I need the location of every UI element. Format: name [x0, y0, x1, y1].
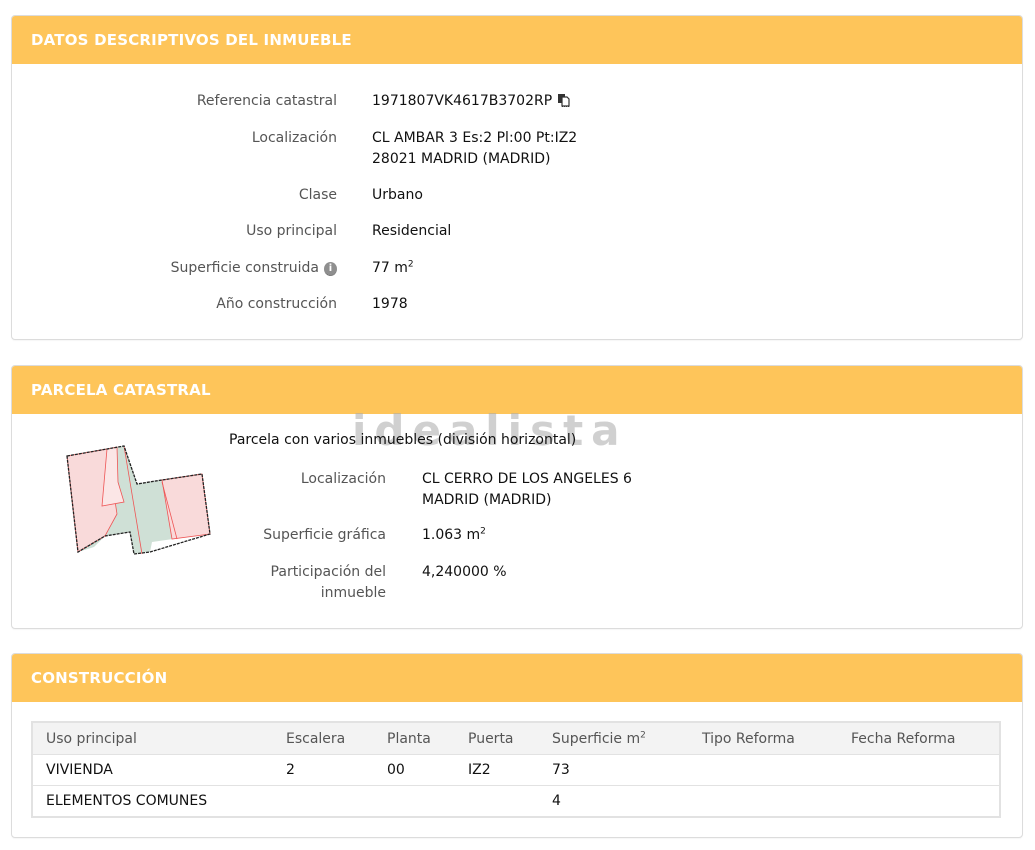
value-text: 77 m: [372, 260, 408, 276]
label-line-2: inmueble: [321, 585, 386, 601]
address-line-1: CL CERRO DE LOS ANGELES 6: [422, 471, 632, 487]
field-value: 4,240000 %: [422, 562, 922, 583]
address-line-2: 28021 MADRID (MADRID): [372, 151, 551, 167]
cell-planta: [374, 786, 455, 818]
cell-tipo-reforma: [689, 786, 838, 818]
superscript: 2: [480, 526, 486, 536]
col-escalera: Escalera: [273, 722, 374, 755]
construccion-table: Uso principal Escalera Planta Puerta Sup…: [31, 721, 1001, 818]
cell-superficie: 73: [539, 755, 689, 786]
field-value: Residencial: [372, 221, 872, 242]
superscript: 2: [408, 259, 414, 269]
col-puerta: Puerta: [455, 722, 539, 755]
cell-fecha-reforma: [838, 786, 1000, 818]
field-label: Localización: [37, 128, 337, 149]
field-value: CL AMBAR 3 Es:2 Pl:00 Pt:IZ228021 MADRID…: [372, 128, 872, 170]
field-label: Localización: [86, 469, 386, 490]
field-label: Año construcción: [37, 294, 337, 315]
address-line-1: CL AMBAR 3 Es:2 Pl:00 Pt:IZ2: [372, 130, 577, 146]
cell-escalera: [273, 786, 374, 818]
field-value: Urbano: [372, 185, 872, 206]
field-label: Participación delinmueble: [86, 562, 386, 604]
construccion-panel: CONSTRUCCIÓN Uso principal Escalera Plan…: [11, 653, 1023, 838]
field-label: Clase: [37, 185, 337, 206]
panel-title: PARCELA CATASTRAL: [12, 366, 1022, 414]
cell-puerta: [455, 786, 539, 818]
panel-title: DATOS DESCRIPTIVOS DEL INMUEBLE: [12, 16, 1022, 64]
address-line-2: MADRID (MADRID): [422, 492, 552, 508]
cell-puerta: IZ2: [455, 755, 539, 786]
label-line-1: Participación del: [271, 564, 386, 580]
cell-planta: 00: [374, 755, 455, 786]
field-value: 77 m2: [372, 258, 872, 279]
col-uso-principal: Uso principal: [32, 722, 273, 755]
col-fecha-reforma: Fecha Reforma: [838, 722, 1000, 755]
col-superficie: Superficie m2: [539, 722, 689, 755]
datos-descriptivos-panel: DATOS DESCRIPTIVOS DEL INMUEBLE Referenc…: [11, 15, 1023, 340]
parcel-plot-image[interactable]: [62, 444, 222, 564]
cell-superficie: 4: [539, 786, 689, 818]
cell-tipo-reforma: [689, 755, 838, 786]
header-text: Superficie m: [552, 731, 640, 747]
cell-uso: ELEMENTOS COMUNES: [32, 786, 273, 818]
field-label: Superficie construidai: [37, 258, 337, 279]
field-value: 1978: [372, 294, 872, 315]
cell-escalera: 2: [273, 755, 374, 786]
table-header-row: Uso principal Escalera Planta Puerta Sup…: [32, 722, 1000, 755]
copy-icon[interactable]: [557, 93, 570, 107]
parcela-catastral-panel: PARCELA CATASTRAL idealista Parcela con …: [11, 365, 1023, 629]
field-label: Referencia catastral: [37, 91, 337, 112]
field-label: Uso principal: [37, 221, 337, 242]
field-value: 1.063 m2: [422, 525, 922, 546]
col-planta: Planta: [374, 722, 455, 755]
field-value: 1971807VK4617B3702RP: [372, 91, 872, 112]
value-text: 1.063 m: [422, 527, 480, 543]
superscript: 2: [640, 730, 646, 740]
table-row: ELEMENTOS COMUNES 4: [32, 786, 1000, 818]
field-value: CL CERRO DE LOS ANGELES 6MADRID (MADRID): [422, 469, 922, 511]
label-text: Superficie construida: [171, 260, 319, 276]
panel-title: CONSTRUCCIÓN: [12, 654, 1022, 702]
col-tipo-reforma: Tipo Reforma: [689, 722, 838, 755]
table-row: VIVIENDA 2 00 IZ2 73: [32, 755, 1000, 786]
cell-fecha-reforma: [838, 755, 1000, 786]
info-icon[interactable]: i: [324, 262, 337, 276]
cell-uso: VIVIENDA: [32, 755, 273, 786]
division-horizontal-text: Parcela con varios inmuebles (división h…: [229, 432, 576, 448]
field-label: Superficie gráfica: [86, 525, 386, 546]
referencia-value[interactable]: 1971807VK4617B3702RP: [372, 93, 552, 109]
